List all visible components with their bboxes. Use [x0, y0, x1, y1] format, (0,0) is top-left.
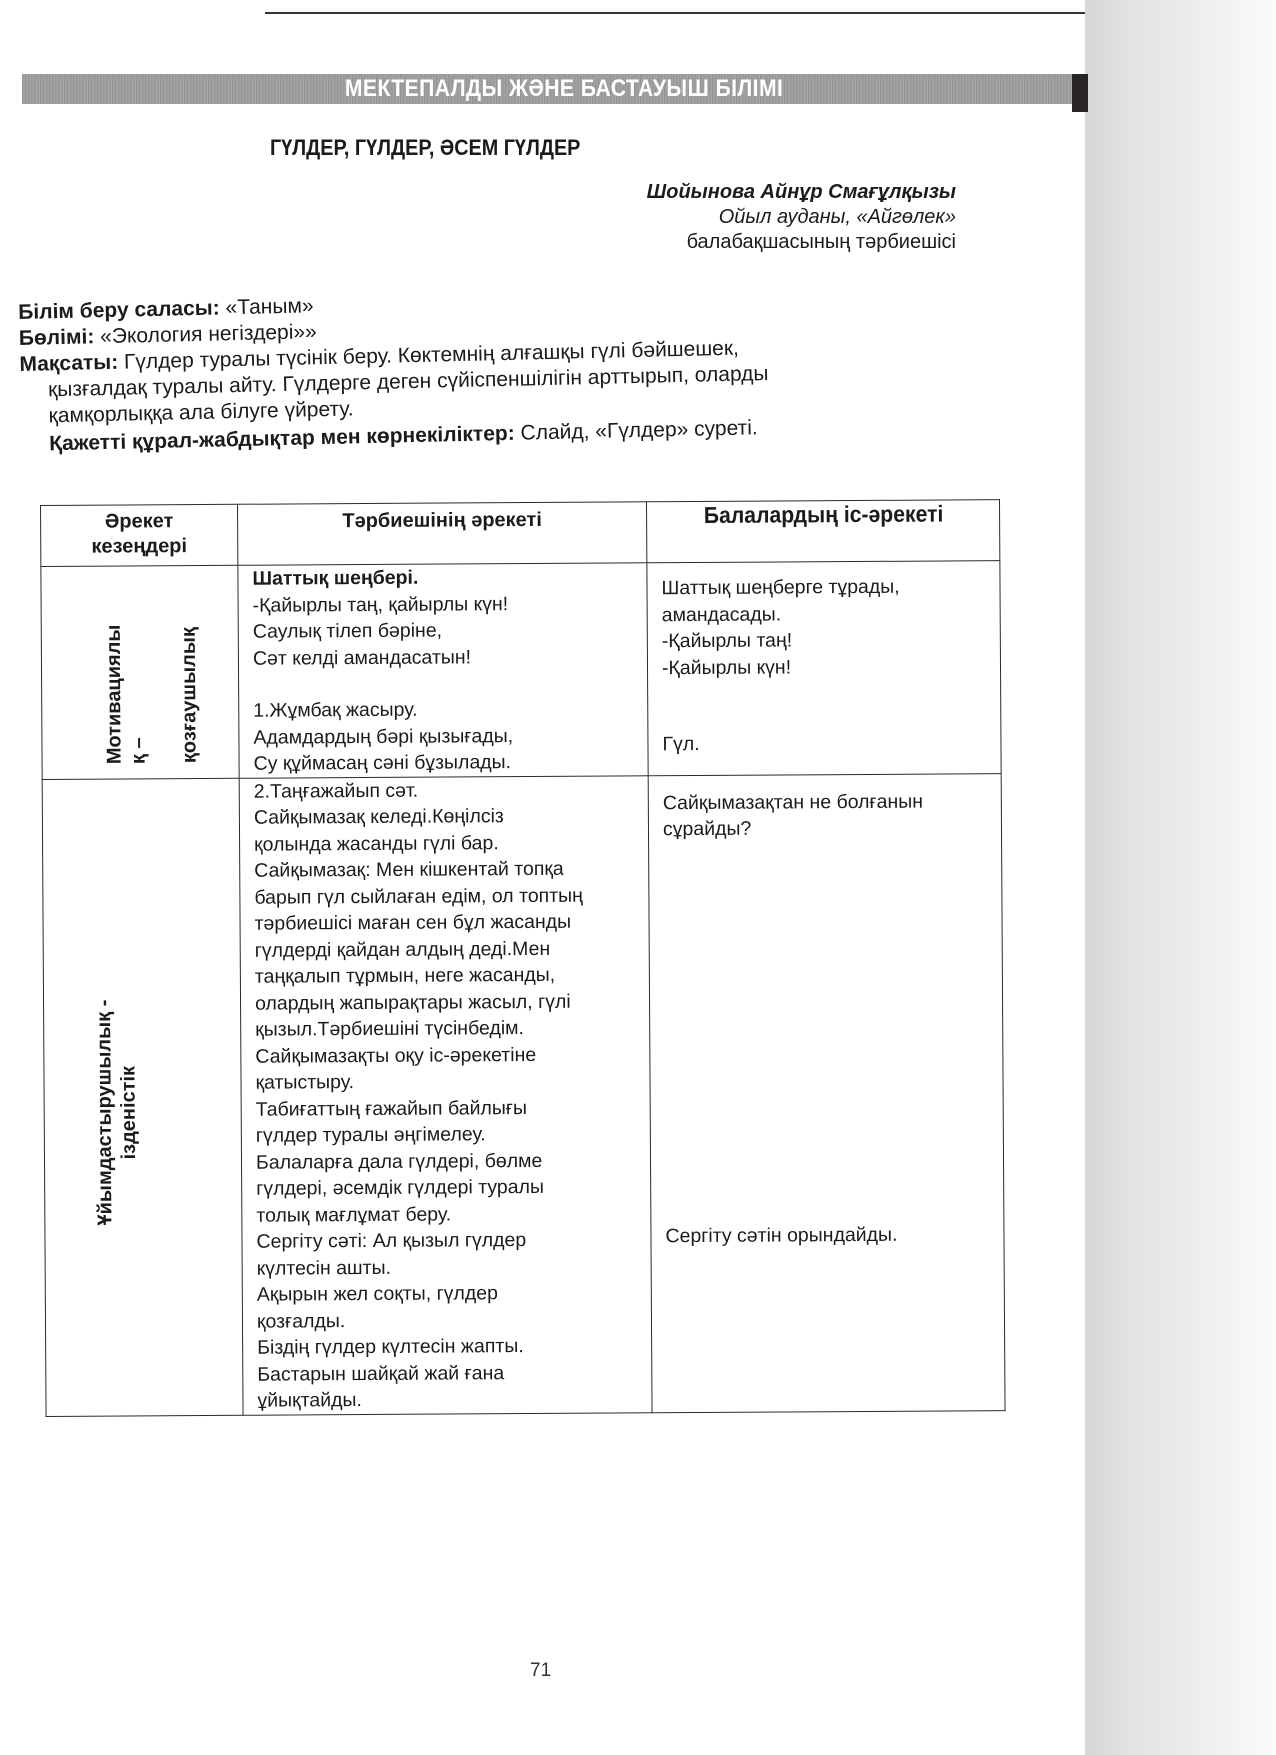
- header-stage: Әрекет кезеңдері: [41, 504, 238, 566]
- table-header-row: Әрекет кезеңдері Тәрбиешінің әрекеті Бал…: [41, 500, 1000, 567]
- section-banner: МЕКТЕПАЛДЫ ЖӘНЕ БАСТАУЫШ БІЛІМІ: [22, 74, 1077, 104]
- author-block: Шойынова Айнұр Смағұлқызы Ойыл ауданы, «…: [647, 180, 956, 255]
- scan-shadow-edge: [1085, 0, 1276, 1755]
- article-title: ГҮЛДЕР, ГҮЛДЕР, ӘСЕМ ГҮЛДЕР: [270, 135, 580, 161]
- goal-label: Мақсаты:: [19, 351, 118, 376]
- teacher-cell: 2.Таңғажайып сәт. Сайқымазақ келеді.Көңі…: [239, 775, 652, 1414]
- teacher-cell: Шаттық шеңбері. -Қайырлы таң, қайырлы кү…: [238, 563, 648, 778]
- author-name: Шойынова Айнұр Смағұлқызы: [647, 180, 956, 205]
- header-teacher: Тәрбиешінің әрекеті: [237, 502, 646, 565]
- banner-title: МЕКТЕПАЛДЫ ЖӘНЕ БАСТАУЫШ БІЛІМІ: [345, 75, 783, 103]
- header-children: Балалардың іс-әрекеті: [661, 500, 986, 563]
- stage-label-part1: Мотивациялы: [102, 624, 127, 764]
- stage-label-part3: қозғаушылық: [177, 627, 202, 763]
- author-place: Ойыл ауданы, «Айгөлек»: [647, 205, 956, 230]
- lesson-meta: Білім беру саласы: «Таным» Бөлімі: «Экол…: [18, 278, 971, 458]
- tools-value: Слайд, «Гүлдер» суреті.: [514, 416, 758, 445]
- table-row: Мотивациялы қ – қозғаушылық Шаттық шеңбе…: [41, 561, 1001, 779]
- stage-label-part2: қ –: [126, 737, 150, 764]
- stage-cell-motivational: Мотивациялы қ – қозғаушылық: [41, 565, 239, 779]
- page-number: 71: [530, 1660, 551, 1682]
- stage-cell-organizational: Ұйымдастырушылық - ізденістік: [42, 778, 243, 1416]
- teacher-heading: Шаттық шеңбері.: [252, 563, 636, 592]
- table-row: Ұйымдастырушылық - ізденістік 2.Таңғажай…: [42, 773, 1005, 1416]
- section-value: «Экология негіздері»»: [94, 320, 317, 348]
- banner-tab-marker: [1072, 74, 1088, 112]
- children-cell: Шаттық шеңберге тұрады, амандасады. -Қай…: [647, 561, 1001, 776]
- section-label: Бөлімі:: [19, 325, 95, 350]
- stage-label: Ұйымдастырушылық - ізденістік: [92, 999, 141, 1225]
- author-role: балабақшасының тәрбиешісі: [647, 230, 956, 255]
- education-field-label: Білім беру саласы:: [18, 296, 220, 324]
- lesson-plan-table: Әрекет кезеңдері Тәрбиешінің әрекеті Бал…: [40, 499, 1006, 1416]
- top-rule: [265, 12, 1085, 14]
- children-cell: Сайқымазақтан не болғанын сұрайды? Сергі…: [648, 773, 1005, 1412]
- education-field-value: «Таным»: [219, 294, 313, 319]
